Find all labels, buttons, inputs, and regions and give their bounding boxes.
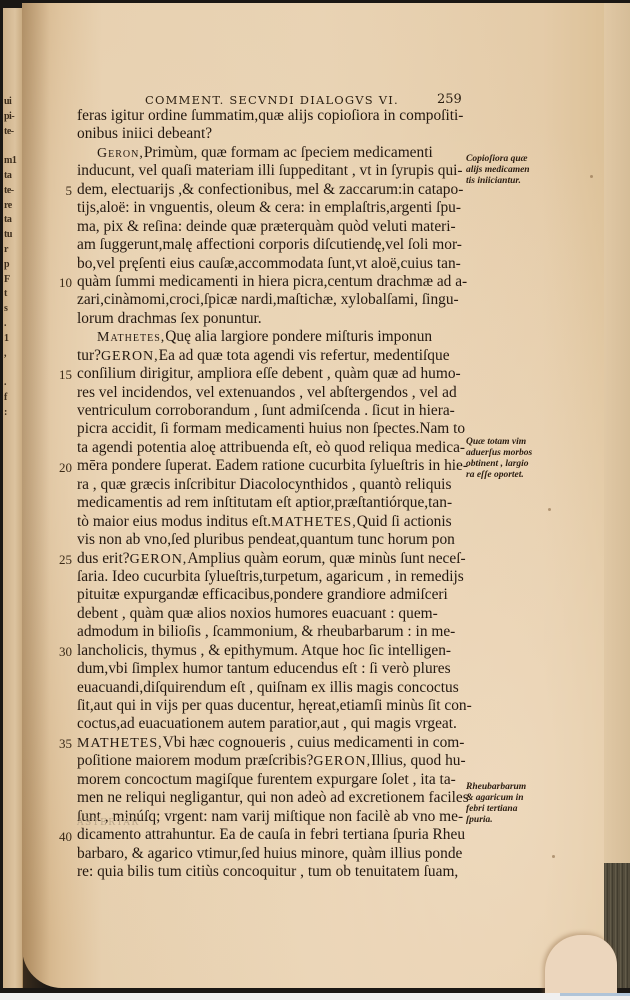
margin-note-line: & agaricum in <box>466 793 546 804</box>
line-text: poſitione maiorem modum præſcribis? <box>77 752 313 770</box>
text-line: ta agendi potentia aloę attribuenda eſt,… <box>77 439 462 457</box>
text-line: medicamentis ad rem inſtitutam eſt aptio… <box>77 494 462 512</box>
line-text: tò maior eius modus inditus eſt. <box>77 513 271 531</box>
line-text: tijs,aloë: in vnguentis, oleum & cera: i… <box>77 199 461 217</box>
text-line: barbaro, & agarico vtimur,ſed huius mino… <box>77 845 462 863</box>
text-line: ra , quæ græcis inſcribitur Diacolocynth… <box>77 476 462 494</box>
line-text: barbaro, & agarico vtimur,ſed huius mino… <box>77 845 462 863</box>
line-text: feras igitur ordine ſummatim,quæ alijs c… <box>77 107 463 125</box>
margin-note: Copioſiora quæalijs medicamentis iniicia… <box>466 154 546 187</box>
margin-note-line: ra eſſe oportet. <box>466 470 546 481</box>
margin-note-line: alijs medicamen <box>466 165 546 176</box>
text-line: tijs,aloë: in vnguentis, oleum & cera: i… <box>77 199 462 217</box>
text-line: quàm ſummi medicamenti in hiera picra,ce… <box>77 273 462 291</box>
line-text: men ne reliqui negligantur, qui non adeò… <box>77 789 469 807</box>
text-line: res vel incidendos, vel extenuandos , ve… <box>77 384 462 402</box>
text-line: MATHETES, Vbi hæc cognoueris , cuius med… <box>77 734 462 752</box>
line-text: dum,vbi ſimplex humor tantum educendus e… <box>77 660 451 678</box>
line-text: debent , quàm quæ alios noxios humores e… <box>77 605 438 623</box>
line-number: 10 <box>44 275 72 291</box>
line-text: zari,cinàmomi,croci,ſpicæ nardi,maſtichæ… <box>77 291 459 309</box>
text-line: dus erit? GERON, Amplius quàm eorum, quæ… <box>77 550 462 568</box>
line-text: re: quia bilis tum citiùs concoquitur , … <box>77 863 458 881</box>
speaker-name: MATHETES, <box>77 736 163 751</box>
running-head-title: COMMENT. SECVNDI DIALOGVS VI. <box>145 93 399 107</box>
text-line: tur? GERON, Ea ad quæ tota agendi vis re… <box>77 347 462 365</box>
line-number: 25 <box>44 552 72 568</box>
line-text: dicamento attrahuntur. Ea de cauſa in fe… <box>77 826 465 844</box>
text-line: coctus,ad euacuationem autem paratior,au… <box>77 715 462 733</box>
line-text: Illius, quod hu- <box>371 752 465 770</box>
paper-speck <box>548 508 551 511</box>
margin-note: Rheubarbarum& agaricum infebri tertianaſ… <box>466 782 546 826</box>
text-line: mēra pondere ſuperat. Eadem ratione cucu… <box>77 457 462 475</box>
line-text: euacuandi,diſquirendum eſt , quiſnam ex … <box>77 679 459 697</box>
text-line: ſaria. Ideo cucurbita ſylueſtris,turpetu… <box>77 568 462 586</box>
speaker-name: Mathetes, <box>97 330 165 345</box>
line-text: dem, electuarijs ,& confectionibus, mel … <box>77 181 463 199</box>
text-line: Geron, Primùm, quæ formam ac ſpeciem med… <box>77 144 462 162</box>
margin-note-line: Rheubarbarum <box>466 782 546 793</box>
speaker-name: GERON, <box>101 349 159 364</box>
text-line: re: quia bilis tum citiùs concoquitur , … <box>77 863 462 881</box>
line-text: mēra pondere ſuperat. Eadem ratione cucu… <box>77 457 468 475</box>
line-text: tur? <box>77 347 101 365</box>
text-line: onibus iniici debeant? <box>77 125 462 143</box>
text-line: euacuandi,diſquirendum eſt , quiſnam ex … <box>77 679 462 697</box>
line-number: 30 <box>44 644 72 660</box>
margin-note-line: Quæ totam vim <box>466 437 546 448</box>
line-text: ta agendi potentia aloę attribuenda eſt,… <box>77 439 465 457</box>
line-number: 40 <box>44 829 72 845</box>
line-text: ventriculum corroborandum , ſunt admiſce… <box>77 402 455 420</box>
text-line: dum,vbi ſimplex humor tantum educendus e… <box>77 660 462 678</box>
text-line: admodum in bilioſis , ſcammonium, & rheu… <box>77 623 462 641</box>
text-line: men ne reliqui negligantur, qui non adeò… <box>77 789 462 807</box>
line-text: coctus,ad euacuationem autem paratior,au… <box>77 715 457 733</box>
line-text: ſit,aut qui in vijs per quas ducentur, h… <box>77 697 472 715</box>
page-fore-edge-light <box>604 3 630 863</box>
line-text: medicamentis ad rem inſtitutam eſt aptio… <box>77 494 452 512</box>
line-text: quàm ſummi medicamenti in hiera picra,ce… <box>77 273 467 291</box>
text-line: dem, electuarijs ,& confectionibus, mel … <box>77 181 462 199</box>
text-line: feras igitur ordine ſummatim,quæ alijs c… <box>77 107 462 125</box>
text-line: conſilium dirigitur, ampliora eſſe deben… <box>77 365 462 383</box>
text-line: zari,cinàmomi,croci,ſpicæ nardi,maſtichæ… <box>77 291 462 309</box>
text-line: am ſuggerunt,malę affectioni corporis di… <box>77 236 462 254</box>
text-line: pituitæ expurgandæ efficacibus,pondere g… <box>77 586 462 604</box>
catchword: ASTERTAR <box>77 818 140 828</box>
text-line: ma, pix & reſina: deinde quæ præterquàm … <box>77 218 462 236</box>
margin-note: Quæ totam vimaduerſus morbosobtinent , l… <box>466 437 546 481</box>
line-text: bo,vel pręſenti eius cauſæ,accommodata ſ… <box>77 255 461 273</box>
text-line: lancholicis, thymus , & epithymum. Atque… <box>77 642 462 660</box>
line-text: morem concoctum magiſque furentem expurg… <box>77 771 456 789</box>
margin-note-line: febri tertiana <box>466 804 546 815</box>
text-line: bo,vel pręſenti eius cauſæ,accommodata ſ… <box>77 255 462 273</box>
margin-note-line: ſpuria. <box>466 815 546 826</box>
line-text: am ſuggerunt,malę affectioni corporis di… <box>77 236 462 254</box>
previous-page-text-fragments: ui pi- te- m1 ta te- re ta tu r p F t s … <box>4 95 20 421</box>
text-line: tò maior eius modus inditus eſt. MATHETE… <box>77 513 462 531</box>
text-line: vis non ab vno,ſed pluribus pendeat,quan… <box>77 531 462 549</box>
margin-note-line: tis iniiciantur. <box>466 176 546 187</box>
line-text: ſaria. Ideo cucurbita ſylueſtris,turpetu… <box>77 568 464 586</box>
text-line: dicamento attrahuntur. Ea de cauſa in fe… <box>77 826 462 844</box>
line-text: inducunt, vel quaſi materiam illi ſupped… <box>77 162 463 180</box>
text-line: inducunt, vel quaſi materiam illi ſupped… <box>77 162 462 180</box>
text-line: morem concoctum magiſque furentem expurg… <box>77 771 462 789</box>
line-text: dus erit? <box>77 550 130 568</box>
line-number: 20 <box>44 460 72 476</box>
text-line: picra accidit, ſi formam medicamenti hui… <box>77 420 462 438</box>
line-text: conſilium dirigitur, ampliora eſſe deben… <box>77 365 461 383</box>
line-text: ma, pix & reſina: deinde quæ præterquàm … <box>77 218 456 236</box>
line-text: picra accidit, ſi formam medicamenti hui… <box>77 420 465 438</box>
speaker-name: MATHETES, <box>271 515 357 530</box>
text-line: debent , quàm quæ alios noxios humores e… <box>77 605 462 623</box>
line-text: Vbi hæc cognoueris , cuius medicamenti i… <box>163 734 465 752</box>
line-text: Amplius quàm eorum, quæ minùs ſunt neceſ… <box>187 550 465 568</box>
margin-note-line: Copioſiora quæ <box>466 154 546 165</box>
line-text: ra , quæ græcis inſcribitur Diacolocynth… <box>77 476 451 494</box>
thumb-holding-page <box>545 935 617 995</box>
text-line: poſitione maiorem modum præſcribis? GERO… <box>77 752 462 770</box>
paper-speck <box>552 855 555 858</box>
line-text: Quid ſi actionis <box>357 513 452 531</box>
line-text: Primùm, quæ formam ac ſpeciem medicament… <box>144 144 433 162</box>
speaker-name: GERON, <box>313 754 371 769</box>
line-text: onibus iniici debeant? <box>77 125 212 143</box>
margin-note-line: aduerſus morbos <box>466 448 546 459</box>
paper-speck <box>590 175 593 178</box>
speaker-name: GERON, <box>130 552 188 567</box>
line-text: lancholicis, thymus , & epithymum. Atque… <box>77 642 451 660</box>
speaker-name: Geron, <box>97 146 144 161</box>
line-text: vis non ab vno,ſed pluribus pendeat,quan… <box>77 531 455 549</box>
line-text: Quę alia largiore pondere miſturis impon… <box>165 328 432 346</box>
page-number: 259 <box>437 92 462 107</box>
text-line: lorum drachmas ſex ponuntur. <box>77 310 462 328</box>
line-text: lorum drachmas ſex ponuntur. <box>77 310 262 328</box>
line-text: Ea ad quæ tota agendi vis refertur, mede… <box>159 347 450 365</box>
text-line: ſit,aut qui in vijs per quas ducentur, h… <box>77 697 462 715</box>
line-number: 35 <box>44 736 72 752</box>
scanned-book-spread: ui pi- te- m1 ta te- re ta tu r p F t s … <box>0 0 630 995</box>
margin-note-line: obtinent , largio <box>466 459 546 470</box>
body-text: feras igitur ordine ſummatim,quæ alijs c… <box>77 107 462 881</box>
viewer-bottom-bar <box>0 993 630 1000</box>
line-number: 5 <box>44 183 72 199</box>
line-text: admodum in bilioſis , ſcammonium, & rheu… <box>77 623 455 641</box>
line-text: res vel incidendos, vel extenuandos , ve… <box>77 384 457 402</box>
text-line: ventriculum corroborandum , ſunt admiſce… <box>77 402 462 420</box>
text-line: Mathetes,Quę alia largiore pondere miſtu… <box>77 328 462 346</box>
line-text: pituitæ expurgandæ efficacibus,pondere g… <box>77 586 448 604</box>
line-number: 15 <box>44 367 72 383</box>
